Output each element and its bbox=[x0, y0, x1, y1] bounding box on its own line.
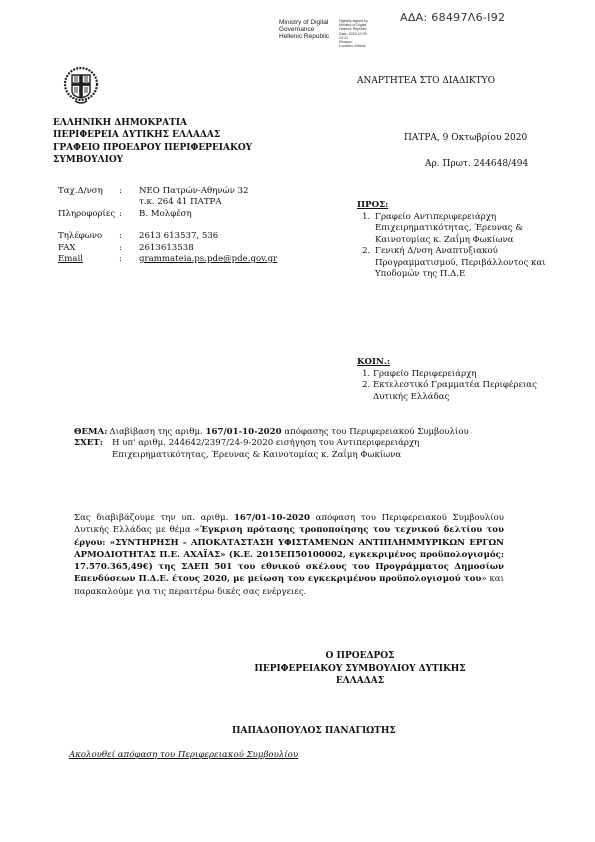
fax-label: FAX bbox=[58, 243, 119, 254]
fax-value: 2613613538 bbox=[139, 243, 194, 254]
info-label: Πληροφορίες bbox=[58, 209, 119, 220]
subject-block: ΘΕΜΑ: Διαβίβαση της αριθμ. 167/01-10-202… bbox=[74, 427, 514, 461]
colon: : bbox=[119, 231, 139, 242]
org-line: ΠΕΡΙΦΕΡΕΙΑ ΔΥΤΙΚΗΣ ΕΛΛΑΔΑΣ bbox=[53, 129, 252, 141]
sig-line: Hellenic Republic bbox=[339, 27, 368, 31]
president-title: Ο ΠΡΟΕΔΡΟΣ ΠΕΡΙΦΕΡΕΙΑΚΟΥ ΣΥΜΒΟΥΛΙΟΥ ΔΥΤΙ… bbox=[200, 650, 520, 688]
phone-value: 2613 613537, 536 bbox=[139, 231, 218, 242]
phone-label: Τηλέφωνο bbox=[58, 231, 119, 242]
body-paragraph: Σας διαβιβάζουμε την υπ. αριθμ. 167/01-1… bbox=[74, 512, 504, 598]
org-line: ΓΡΑΦΕΙΟ ΠΡΟΕΔΡΟΥ ΠΕΡΙΦΕΡΕΙΑΚΟΥ bbox=[53, 142, 252, 154]
recipients-header: ΠΡΟΣ: bbox=[357, 200, 547, 212]
schet-label: ΣΧΕΤ: bbox=[74, 438, 112, 461]
footnote: Ακολουθεί απόφαση του Περιφερειακού Συμβ… bbox=[69, 750, 298, 760]
colon: : bbox=[119, 209, 139, 220]
greek-emblem-icon bbox=[63, 66, 99, 106]
address-label: Ταχ.Δ/νση bbox=[58, 186, 119, 197]
decision-number: 167/01-10-2020 bbox=[206, 427, 282, 437]
email-label: Email bbox=[58, 254, 119, 265]
contact-address-2: τ.κ. 264 41 ΠΑΤΡΑ bbox=[58, 197, 277, 208]
digital-signature-block: Digitally signed by Ministry of Digital … bbox=[339, 19, 368, 48]
body-text: Σας διαβιβάζουμε την υπ. αριθμ. bbox=[74, 513, 234, 523]
ministry-line: Hellenic Republic bbox=[279, 33, 329, 40]
cc-item: Εκτελεστικό Γραμματέα Περιφέρειας Δυτική… bbox=[373, 380, 547, 403]
title-line: ΕΛΛΑΔΑΣ bbox=[200, 675, 520, 688]
thema-text: Διαβίβαση της αριθμ. bbox=[109, 427, 205, 437]
contact-block: Ταχ.Δ/νση : ΝΕΟ Πατρών-Αθηνών 32 τ.κ. 26… bbox=[58, 186, 277, 265]
contact-fax: FAX : 2613613538 bbox=[58, 243, 277, 254]
email-link[interactable]: grammateia.ps.pde@pde.gov.gr bbox=[139, 254, 277, 264]
title-line: Ο ΠΡΟΕΔΡΟΣ bbox=[200, 650, 520, 663]
ada-code: ΑΔΑ: 68497Λ6-Ι92 bbox=[400, 11, 505, 24]
address-postcode: τ.κ. 264 41 ΠΑΤΡΑ bbox=[139, 197, 222, 208]
thema-row: ΘΕΜΑ: Διαβίβαση της αριθμ. 167/01-10-202… bbox=[74, 427, 514, 438]
ministry-line: Governance bbox=[279, 26, 329, 33]
recipient-item: Γραφείο Αντιπεριφερειάρχη Επιχειρηματικό… bbox=[373, 212, 547, 247]
contact-email: Email : grammateia.ps.pde@pde.gov.gr bbox=[58, 254, 277, 265]
cc-header: ΚΟΙΝ.: bbox=[357, 357, 547, 369]
info-value: Β. Μολφέση bbox=[139, 209, 192, 220]
signatory-name: ΠΑΠΑΔΟΠΟΥΛΟΣ ΠΑΝΑΓΙΩΤΗΣ bbox=[232, 726, 396, 736]
colon: : bbox=[119, 254, 139, 265]
colon: : bbox=[119, 186, 139, 197]
thema-text-end: απόφασης του Περιφερειακού Συμβουλίου bbox=[282, 427, 469, 437]
recipient-item: Γενική Δ/νση Αναπτυξιακού Προγραμματισμο… bbox=[373, 246, 547, 281]
thema-label: ΘΕΜΑ: bbox=[74, 427, 107, 438]
body-decision-number: 167/01-10-2020 bbox=[234, 513, 310, 523]
posting-notice: ΑΝΑΡΤΗΤΕΑ ΣΤΟ ΔΙΑΔΙΚΤΥΟ bbox=[357, 76, 495, 86]
contact-phone: Τηλέφωνο : 2613 613537, 536 bbox=[58, 231, 277, 242]
contact-info: Πληροφορίες : Β. Μολφέση bbox=[58, 209, 277, 220]
protocol-number: Αρ. Πρωτ. 244648/494 bbox=[425, 159, 528, 169]
ministry-line: Ministry of Digital bbox=[279, 19, 329, 26]
contact-address: Ταχ.Δ/νση : ΝΕΟ Πατρών-Αθηνών 32 bbox=[58, 186, 277, 197]
title-line: ΠΕΡΙΦΕΡΕΙΑΚΟΥ ΣΥΜΒΟΥΛΙΟΥ ΔΥΤΙΚΗΣ bbox=[200, 663, 520, 676]
sig-line: Location: Athens bbox=[339, 44, 368, 48]
colon: : bbox=[119, 243, 139, 254]
recipients-block: ΠΡΟΣ: Γραφείο Αντιπεριφερειάρχη Επιχειρη… bbox=[357, 200, 547, 281]
schet-row: ΣΧΕΤ: Η υπ' αριθμ. 244642/2397/24-9-2020… bbox=[74, 438, 514, 461]
cc-block: ΚΟΙΝ.: Γραφείο Περιφερειάρχη Εκτελεστικό… bbox=[357, 357, 547, 403]
cc-item: Γραφείο Περιφερειάρχη bbox=[373, 369, 547, 381]
document-date: ΠΑΤΡΑ, 9 Οκτωβρίου 2020 bbox=[404, 133, 527, 143]
org-line: ΣΥΜΒΟΥΛΙΟΥ bbox=[53, 154, 252, 166]
schet-text: Η υπ' αριθμ. 244642/2397/24-9-2020 εισήγ… bbox=[112, 438, 492, 461]
org-line: ΕΛΛΗΝΙΚΗ ΔΗΜΟΚΡΑΤΙΑ bbox=[53, 117, 252, 129]
ministry-stamp: Ministry of Digital Governance Hellenic … bbox=[279, 19, 329, 40]
organization-block: ΕΛΛΗΝΙΚΗ ΔΗΜΟΚΡΑΤΙΑ ΠΕΡΙΦΕΡΕΙΑ ΔΥΤΙΚΗΣ Ε… bbox=[53, 117, 252, 166]
address-value: ΝΕΟ Πατρών-Αθηνών 32 bbox=[139, 186, 248, 197]
